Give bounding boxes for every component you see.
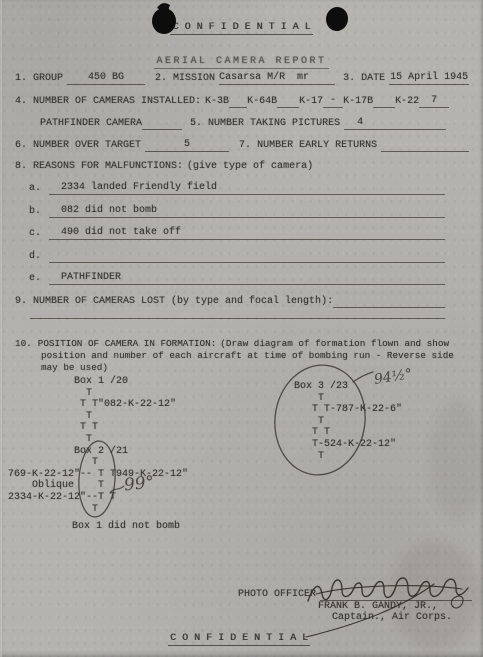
reason-c-value: 490 did not take off bbox=[49, 227, 445, 240]
field-row-position-line1: 10.POSITION OF CAMERA IN FORMATION:(Draw… bbox=[15, 338, 449, 350]
early-returns-value bbox=[381, 139, 469, 152]
handwritten-angle-left: 99° bbox=[123, 472, 155, 495]
item3-number: 3. bbox=[343, 73, 355, 85]
item9-number: 9. bbox=[15, 296, 27, 308]
camera-k3b-label: K-3B bbox=[205, 96, 229, 107]
group-value: 450 BG bbox=[67, 72, 145, 85]
item5-number: 5. bbox=[190, 118, 202, 130]
report-title-text: AERIAL CAMERA REPORT bbox=[154, 56, 328, 69]
field-row-malfunctions: 8.REASONS FOR MALFUNCTIONS:(give type of… bbox=[15, 161, 313, 173]
item4-number: 4. bbox=[15, 96, 27, 108]
taking-pictures-blank bbox=[376, 117, 446, 130]
field-row-position-line3: may be used) bbox=[41, 362, 108, 374]
camera-k3b-value bbox=[229, 95, 247, 108]
reason-row-d: d. bbox=[29, 250, 445, 263]
position-note-line3: may be used) bbox=[41, 362, 108, 373]
reason-b-letter: b. bbox=[29, 206, 49, 218]
field-row-over-target-returns: 6.NUMBER OVER TARGET57.NUMBER EARLY RETU… bbox=[15, 139, 469, 152]
formation-diagram-right: Box 3 /23 T T T-787-K-22-6" T T T T-524-… bbox=[288, 381, 402, 462]
taking-pictures-label: NUMBER TAKING PICTURES bbox=[208, 118, 340, 129]
over-target-label: NUMBER OVER TARGET bbox=[33, 140, 141, 151]
classification-text: C O N F I D E N T I A L bbox=[170, 22, 312, 35]
diagram-footnote: Box 1 did not bomb bbox=[72, 521, 180, 533]
camera-k64b-value bbox=[277, 95, 299, 108]
cameras-installed-label: NUMBER OF CAMERAS INSTALLED: bbox=[33, 96, 201, 107]
mission-value: Casarsa M/R bbox=[219, 72, 285, 85]
field-row-cameras-lost: 9.NUMBER OF CAMERAS LOST (by type and fo… bbox=[15, 295, 445, 308]
item10-number: 10. bbox=[15, 338, 32, 350]
item2-number: 2. bbox=[155, 73, 167, 85]
reason-b-value: 082 did not bomb bbox=[49, 205, 445, 218]
camera-k17-label: K-17 bbox=[299, 96, 323, 107]
position-note-line2: position and number of each aircraft at … bbox=[41, 350, 454, 361]
reason-a-letter: a. bbox=[29, 183, 49, 195]
camera-k22-value: 7 bbox=[419, 95, 449, 108]
field-row-position-line2: position and number of each aircraft at … bbox=[41, 350, 454, 362]
camera-k17b-value bbox=[373, 95, 395, 108]
classification-banner-bottom: C O N F I D E N T I A L bbox=[168, 627, 310, 646]
taking-pictures-value: 4 bbox=[344, 117, 376, 130]
reason-a-value: 2334 landed Friendly field bbox=[49, 182, 445, 195]
photo-officer-label: PHOTO OFFICER bbox=[238, 589, 316, 600]
scan-smudge bbox=[430, 400, 483, 520]
malfunctions-note: (give type of camera) bbox=[187, 161, 313, 172]
field-row-pathfinder-pictures: PATHFINDER CAMERA5.NUMBER TAKING PICTURE… bbox=[40, 117, 446, 130]
mission-label: MISSION bbox=[173, 73, 215, 84]
reason-row-c: c.490 did not take off bbox=[29, 227, 445, 240]
field-row-cameras-installed: 4.NUMBER OF CAMERAS INSTALLED:K-3BK-64BK… bbox=[15, 95, 449, 108]
pathfinder-camera-value bbox=[142, 117, 182, 130]
camera-k64b-label: K-64B bbox=[247, 96, 277, 107]
date-value: 15 April 1945 bbox=[389, 72, 469, 85]
reason-row-b: b.082 did not bomb bbox=[29, 205, 445, 218]
camera-k17b-label: K-17B bbox=[343, 96, 373, 107]
signature-line bbox=[320, 588, 472, 601]
reason-e-letter: e. bbox=[29, 273, 49, 285]
item8-number: 8. bbox=[15, 161, 27, 173]
position-note-line1: (Draw diagram of formation flown and sho… bbox=[220, 338, 449, 349]
officer-rank: Captain., Air Corps. bbox=[332, 612, 452, 624]
group-label: GROUP bbox=[33, 73, 63, 84]
scanned-document-page: C O N F I D E N T I A L AERIAL CAMERA RE… bbox=[0, 0, 483, 657]
mission-value-2: mr bbox=[285, 72, 321, 85]
malfunctions-label: REASONS FOR MALFUNCTIONS: bbox=[33, 161, 183, 172]
cameras-lost-label: NUMBER OF CAMERAS LOST (by type and foca… bbox=[33, 296, 333, 307]
cameras-lost-value bbox=[333, 295, 445, 308]
field-row-group-mission-date: 1.GROUP450 BG2.MISSIONCasarsa M/Rmr3.DAT… bbox=[15, 72, 469, 85]
photo-officer-row: PHOTO OFFICER bbox=[238, 588, 472, 601]
date-label: DATE bbox=[361, 73, 385, 84]
item1-number: 1. bbox=[15, 73, 27, 85]
reason-c-letter: c. bbox=[29, 228, 49, 240]
mission-blank bbox=[321, 72, 335, 85]
position-label: POSITION OF CAMERA IN FORMATION: bbox=[38, 338, 217, 349]
early-returns-label: NUMBER EARLY RETURNS bbox=[257, 140, 377, 151]
reason-e-value: PATHFINDER bbox=[49, 272, 445, 285]
camera-k22-label: K-22 bbox=[395, 96, 419, 107]
reason-row-e: e.PATHFINDER bbox=[29, 272, 445, 285]
over-target-value: 5 bbox=[145, 139, 229, 152]
reason-d-letter: d. bbox=[29, 251, 49, 263]
handwritten-angle-right: 94½° bbox=[373, 366, 413, 388]
formation-diagram-left: Box 1 /20 T T T"082-K-22-12" T T T T Box… bbox=[8, 376, 188, 515]
item6-number: 6. bbox=[15, 140, 27, 152]
cameras-lost-continuation-line bbox=[30, 317, 445, 319]
reason-d-value bbox=[49, 250, 445, 263]
pathfinder-camera-label: PATHFINDER CAMERA bbox=[40, 118, 142, 129]
reason-row-a: a.2334 landed Friendly field bbox=[29, 182, 445, 195]
report-title: AERIAL CAMERA REPORT bbox=[0, 50, 483, 69]
camera-k17-value: - bbox=[323, 95, 343, 108]
item7-number: 7. bbox=[239, 140, 251, 152]
classification-banner-top: C O N F I D E N T I A L bbox=[0, 16, 483, 35]
classification-text-bottom: C O N F I D E N T I A L bbox=[168, 633, 310, 646]
